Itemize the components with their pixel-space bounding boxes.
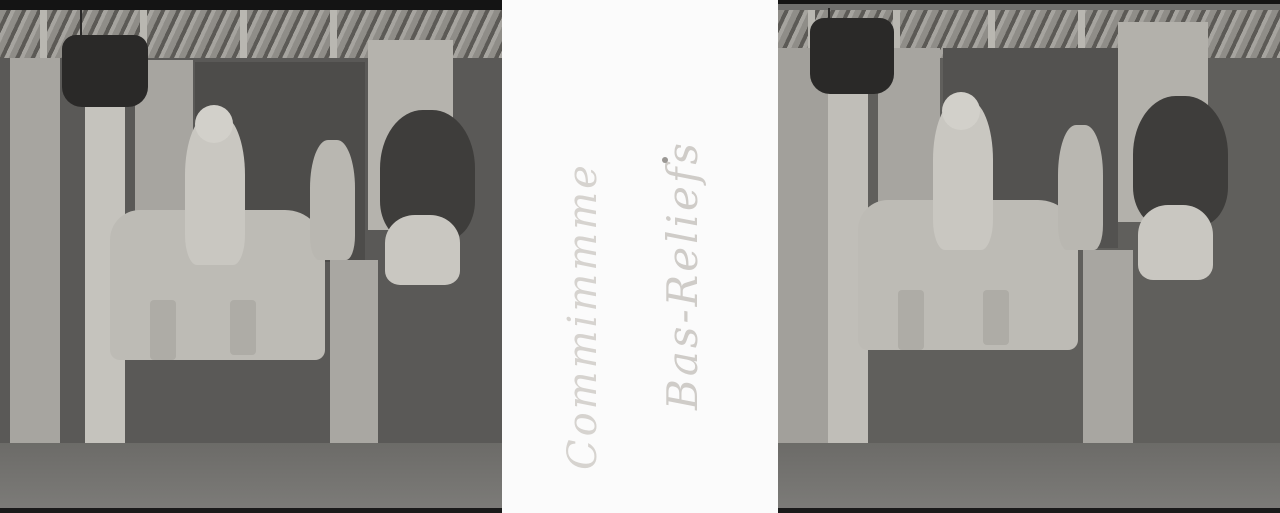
hanging-bag — [62, 35, 148, 107]
stereo-photo-right — [778, 0, 1280, 513]
elephant-leg — [230, 300, 256, 355]
label-strip — [502, 0, 778, 513]
elephant-leg — [983, 290, 1009, 345]
rider-head — [942, 92, 980, 130]
handwritten-caption-line1: Commimmme — [560, 162, 606, 470]
roof-beam — [240, 10, 247, 58]
pillar — [1083, 250, 1133, 460]
figure-legs — [1138, 205, 1213, 280]
elephant-leg — [898, 290, 924, 350]
plate-edge-top — [0, 0, 502, 10]
standing-figure — [310, 140, 355, 260]
roof-beam — [330, 10, 337, 58]
stereo-photo-left — [0, 0, 502, 513]
handwritten-caption-line2: Bas-Reliefs — [658, 140, 707, 410]
pillar — [330, 260, 378, 460]
ground — [0, 443, 502, 513]
pillar — [10, 58, 60, 458]
plate-edge-bottom — [778, 508, 1280, 513]
plate-edge-bottom — [0, 508, 502, 513]
rider-head — [195, 105, 233, 143]
roof-beam — [40, 10, 47, 58]
speck — [662, 157, 668, 163]
ground — [778, 443, 1280, 513]
figure-legs — [385, 215, 460, 285]
plate-edge-top — [778, 0, 1280, 4]
hanging-bag — [810, 18, 894, 94]
standing-figure — [1058, 125, 1103, 250]
elephant-leg — [150, 300, 176, 360]
